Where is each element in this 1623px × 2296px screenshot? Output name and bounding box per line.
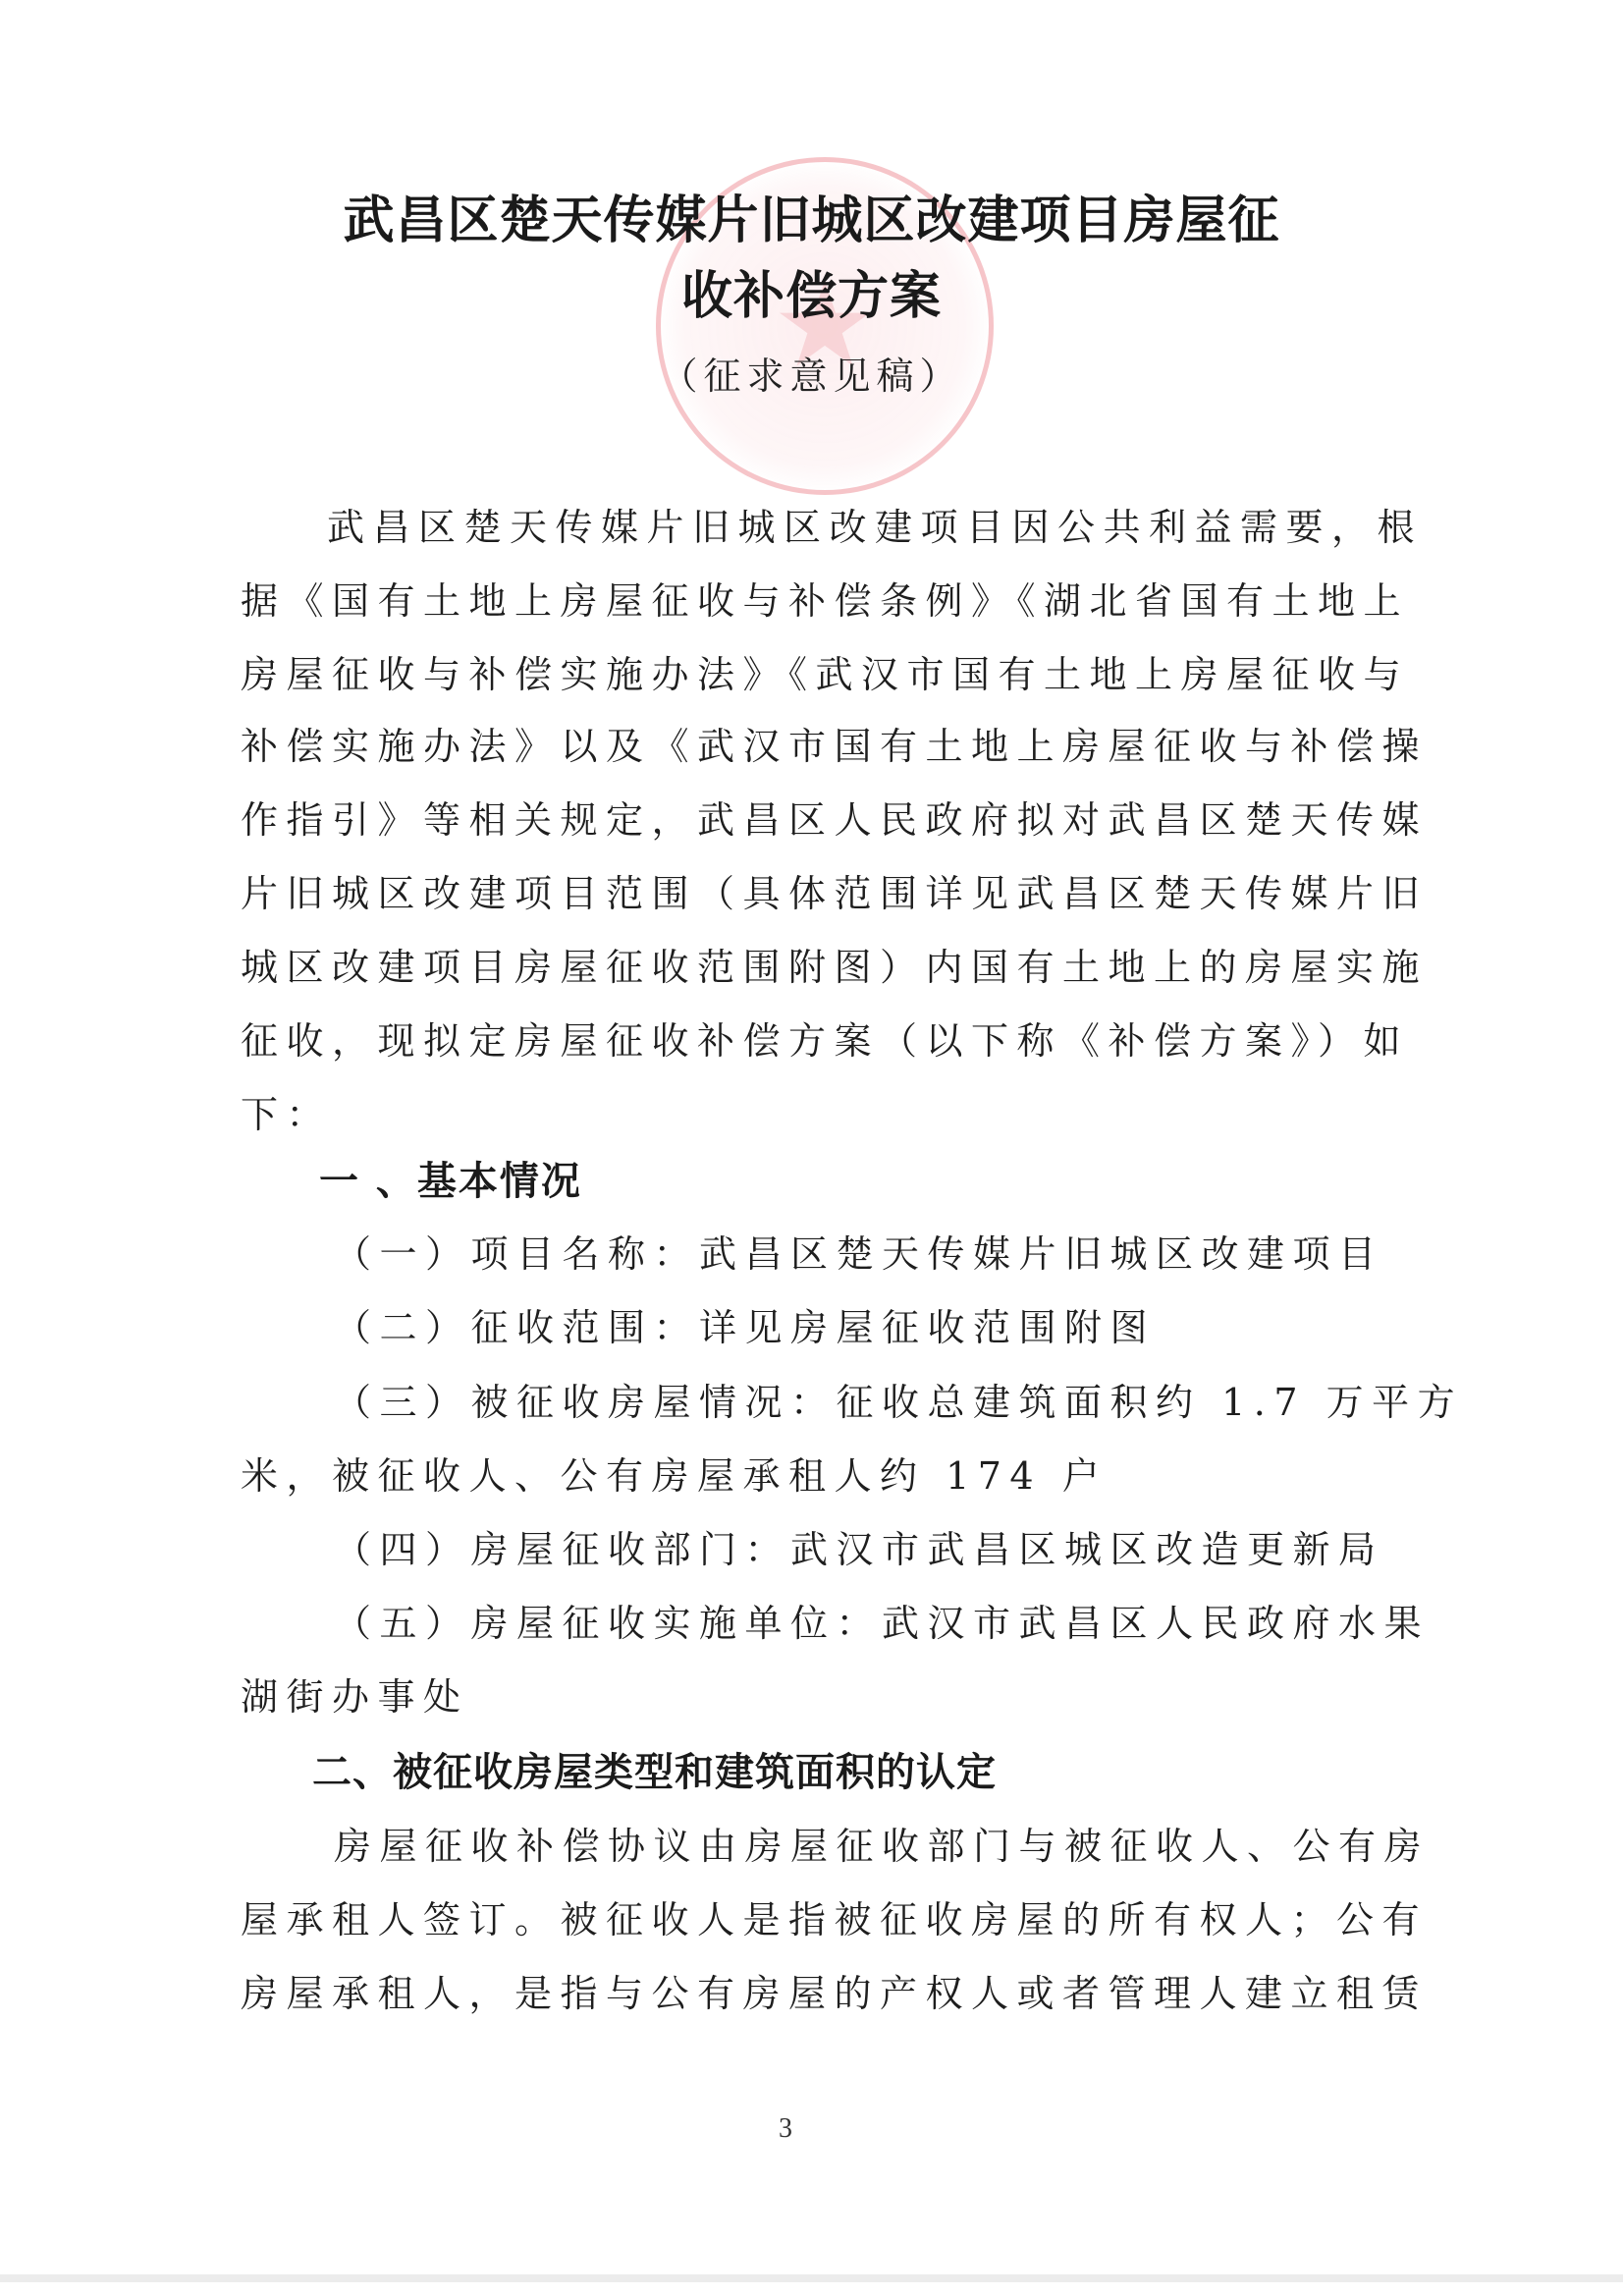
document-title-line1: 武昌区楚天传媒片旧城区改建项目房屋征	[0, 191, 1623, 250]
intro-line: 作指引》等相关规定，武昌区人民政府拟对武昌区楚天传媒	[241, 797, 1380, 843]
intro-line: 片旧城区改建项目范围（具体范围详见武昌区楚天传媒片旧	[241, 871, 1380, 916]
item-implementing-unit: （五）房屋征收实施单位：武汉市武昌区人民政府水果	[334, 1601, 1473, 1646]
item-housing-status: （三）被征收房屋情况：征收总建筑面积约 1.7 万平方	[334, 1380, 1473, 1425]
section2-line: 房屋承租人，是指与公有房屋的产权人或者管理人建立租赁	[241, 1971, 1380, 2016]
item-housing-status-cont: 米，被征收人、公有房屋承租人约 174 户	[241, 1453, 1380, 1499]
section2-line: 屋承租人签订。被征收人是指被征收房屋的所有权人；公有	[241, 1897, 1380, 1942]
item-scope: （二）征收范围：详见房屋征收范围附图	[334, 1305, 1473, 1350]
intro-line: 据《国有土地上房屋征收与补偿条例》《湖北省国有土地上	[241, 578, 1380, 624]
intro-line: 房屋征收与补偿实施办法》《武汉市国有土地上房屋征收与	[241, 652, 1380, 697]
scan-edge	[0, 2274, 1623, 2282]
item-project-name: （一）项目名称：武昌区楚天传媒片旧城区改建项目	[334, 1231, 1473, 1277]
intro-line: 补偿实施办法》以及《武汉市国有土地上房屋征收与补偿操	[241, 724, 1380, 769]
document-subtitle: （征求意见稿）	[0, 354, 1623, 399]
intro-line: 下：	[241, 1092, 1380, 1137]
item-implementing-unit-cont: 湖街办事处	[241, 1674, 1380, 1720]
item-department: （四）房屋征收部门：武汉市武昌区城区改造更新局	[334, 1527, 1473, 1572]
intro-line: 武昌区楚天传媒片旧城区改建项目因公共利益需要，根	[327, 505, 1466, 550]
section-heading-housing-type: 二、被征收房屋类型和建筑面积的认定	[312, 1750, 997, 1795]
page-number: 3	[0, 2113, 1571, 2145]
section2-line: 房屋征收补偿协议由房屋征收部门与被征收人、公有房	[334, 1824, 1473, 1869]
intro-line: 城区改建项目房屋征收范围附图）内国有土地上的房屋实施	[241, 945, 1380, 990]
section-heading-basic-info: 一 、基本情况	[319, 1159, 582, 1204]
document-title-line2: 收补偿方案	[0, 267, 1623, 326]
intro-line: 征收，现拟定房屋征收补偿方案（以下称《补偿方案》）如	[241, 1018, 1380, 1064]
